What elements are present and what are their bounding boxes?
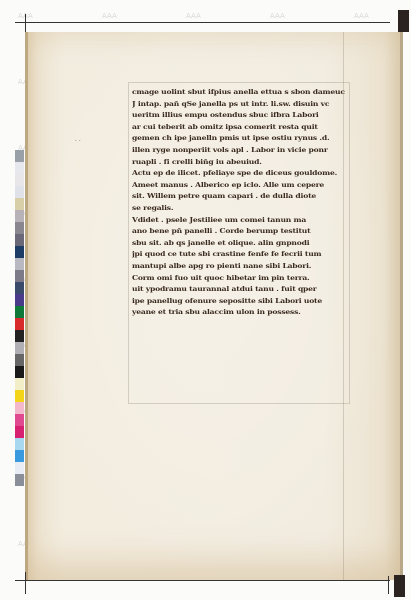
bottom-right-crop-tick — [388, 576, 389, 594]
manuscript-text-block: cmage uolint sbut ifpius anella ettua s … — [132, 86, 350, 318]
watermark: AAA — [354, 12, 369, 20]
manuscript-line: ruapli . fi crelli biñg iu abeuiud. — [132, 156, 350, 166]
manuscript-line: sbu sit. ab qs janelle et olique. alin g… — [132, 237, 350, 247]
color-swatch — [15, 222, 24, 234]
color-swatch — [15, 318, 24, 330]
color-swatch — [15, 270, 24, 282]
manuscript-line: jpi quod ce tute sbi crastine fenfe fe f… — [132, 249, 350, 259]
bottom-crop-tick — [25, 572, 26, 594]
color-swatch — [15, 210, 24, 222]
watermark: AAA — [102, 12, 117, 20]
color-swatch — [15, 462, 24, 474]
manuscript-line: illen ryge nonperiit vols apl . Labor in… — [132, 145, 350, 155]
color-swatch — [15, 474, 24, 486]
color-swatch — [15, 282, 24, 294]
color-swatch — [15, 330, 24, 342]
manuscript-line: ano bene pñ panelli . Corde berump testi… — [132, 226, 350, 236]
color-swatch — [15, 390, 24, 402]
manuscript-line: Corm omi fuo uit quoc hibetar im pin ter… — [132, 272, 350, 282]
manuscript-line: gemen ch ipe janelln pmis ut ipse ostiu … — [132, 133, 350, 143]
watermark: AAA — [186, 12, 201, 20]
manuscript-line: ueritm illius empu ostendus sbuc ifbra L… — [132, 110, 350, 120]
manuscript-line: se regalis. — [132, 203, 350, 213]
color-swatch — [15, 150, 24, 162]
color-swatch — [15, 354, 24, 366]
margin-note: · · — [75, 138, 81, 145]
manuscript-line: mantupi albe apg ro pienti nane sibi Lab… — [132, 260, 350, 270]
bottom-crop-line — [15, 580, 390, 581]
page-gutter-shadow — [25, 32, 28, 580]
color-swatch — [15, 366, 24, 378]
color-swatch — [15, 162, 24, 174]
page-right-edge — [400, 32, 403, 580]
color-swatch — [15, 234, 24, 246]
color-swatch — [15, 246, 24, 258]
manuscript-line: J intap. pañ qSe janella ps ut intr. li.… — [132, 98, 350, 108]
manuscript-line: sit. Willem petre quam capari . de dulla… — [132, 191, 350, 201]
top-right-dark-corner — [398, 10, 409, 32]
top-crop-line — [15, 22, 390, 23]
color-swatch — [15, 450, 24, 462]
color-swatch — [15, 342, 24, 354]
manuscript-line: Actu ep de ilicet. pfeliaye spe de diceu… — [132, 168, 350, 178]
top-crop-tick — [25, 14, 26, 32]
manuscript-line: Vdidet . psele Jestiliee um comei tanun … — [132, 214, 350, 224]
color-swatch — [15, 438, 24, 450]
color-swatch — [15, 402, 24, 414]
color-swatch — [15, 198, 24, 210]
bottom-right-dark-corner — [394, 575, 405, 597]
color-swatch — [15, 258, 24, 270]
manuscript-line: uit ypodramu taurannal atdui tanu . fuit… — [132, 284, 350, 294]
color-swatch — [15, 426, 24, 438]
color-swatch — [15, 186, 24, 198]
manuscript-line: ar cui teberit ab omitz ipsa comerit res… — [132, 121, 350, 131]
manuscript-line: ipe panellug ofenure sepositte sibi Labo… — [132, 295, 350, 305]
color-swatch — [15, 174, 24, 186]
color-swatch — [15, 414, 24, 426]
color-swatch — [15, 306, 24, 318]
manuscript-line: Ameet manus . Alberico ep iclo. Alle um … — [132, 179, 350, 189]
manuscript-line: cmage uolint sbut ifpius anella ettua s … — [132, 87, 350, 97]
watermark: AAA — [270, 12, 285, 20]
manuscript-line: yeane et tria sbu alaccim ulon in posses… — [132, 307, 350, 317]
color-calibration-bar — [15, 150, 24, 486]
color-swatch — [15, 378, 24, 390]
scan-background: AAAAAAAAAAAAAAAAAAAAAAAAAAAAAAAAAAAAAAAA… — [0, 0, 411, 600]
color-swatch — [15, 294, 24, 306]
